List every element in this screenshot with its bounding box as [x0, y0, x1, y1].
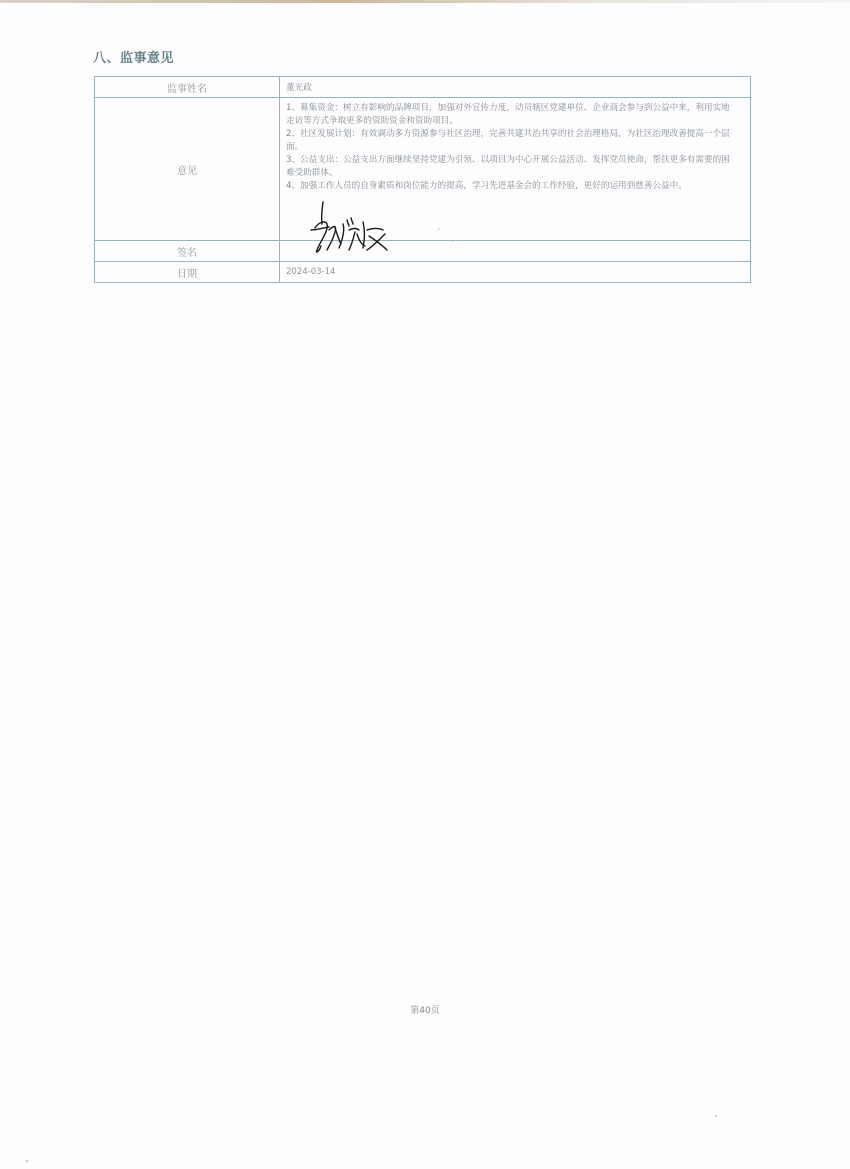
opinion-line: 3、公益支出：公益支出方面继续坚持党建为引领、以项目为中心开展公益活动、发挥党员…: [286, 154, 744, 167]
page-edge: [0, 0, 850, 3]
page-number: 第40页: [0, 1003, 850, 1016]
scan-speck: [26, 1160, 28, 1162]
scan-speck: [715, 1115, 717, 1117]
date-label: 日期: [95, 262, 280, 283]
opinion-text: 1、募集资金：树立有影响的品牌项目，加强对外宣传力度，动员辖区党建单位、企业商会…: [280, 98, 751, 241]
opinion-label: 意见: [95, 98, 280, 241]
table-row-signature: 签名: [95, 241, 751, 262]
opinion-line: 难受助群体。: [286, 167, 744, 180]
scan-speck: [438, 228, 440, 230]
signature-label: 签名: [95, 241, 280, 262]
opinion-line: 4、加强工作人员的自身素质和岗位能力的提高，学习先进基金会的工作经验，更好的运用…: [286, 180, 744, 193]
section-title: 八、监事意见: [93, 47, 174, 66]
opinion-line: 2、社区发展计划：有效调动多方资源参与社区治理，完善共建共治共享的社会治理格局，…: [286, 128, 744, 141]
opinion-line: 走访等方式争取更多的资助资金和资助项目。: [286, 115, 744, 128]
supervisor-opinion-table: 监事姓名 董光政 意见 1、募集资金：树立有影响的品牌项目，加强对外宣传力度，动…: [94, 76, 751, 283]
supervisor-name-value: 董光政: [280, 77, 751, 98]
date-value: 2024-03-14: [280, 262, 751, 283]
supervisor-name-label: 监事姓名: [95, 77, 280, 98]
table-row-opinion: 意见 1、募集资金：树立有影响的品牌项目，加强对外宣传力度，动员辖区党建单位、企…: [95, 98, 751, 241]
opinion-line: 面。: [286, 141, 744, 154]
table-row-date: 日期 2024-03-14: [95, 262, 751, 283]
scan-speck: [452, 240, 454, 242]
table-row-supervisor-name: 监事姓名 董光政: [95, 77, 751, 98]
signature-value: [280, 241, 751, 262]
opinion-line: 1、募集资金：树立有影响的品牌项目，加强对外宣传力度，动员辖区党建单位、企业商会…: [286, 102, 744, 115]
